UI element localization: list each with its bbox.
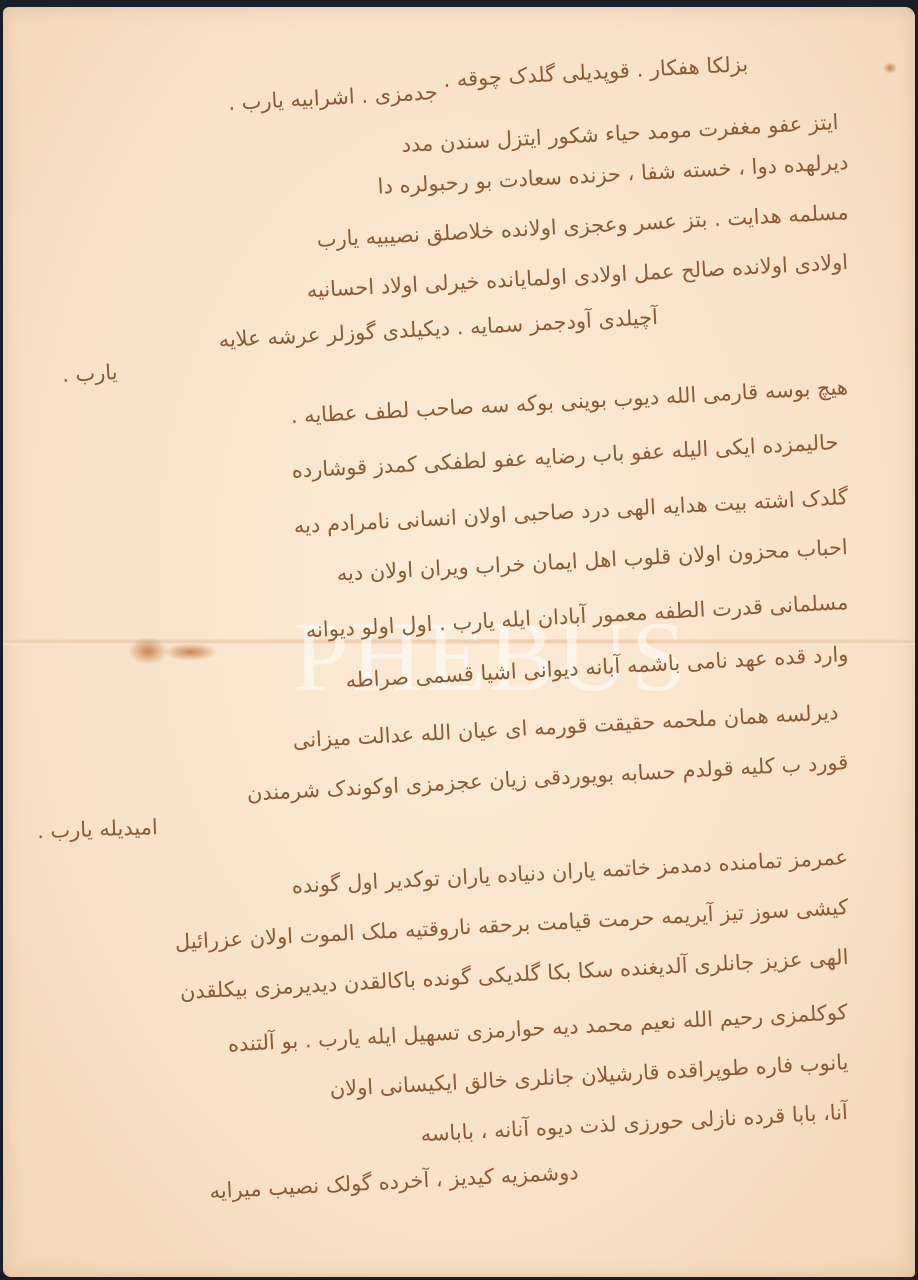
text-line: امیدیله یارب . — [37, 815, 158, 843]
ink-stain — [883, 62, 897, 74]
ink-stain — [163, 643, 218, 661]
text-line: یارب . — [62, 360, 119, 387]
ink-stain — [128, 637, 168, 665]
